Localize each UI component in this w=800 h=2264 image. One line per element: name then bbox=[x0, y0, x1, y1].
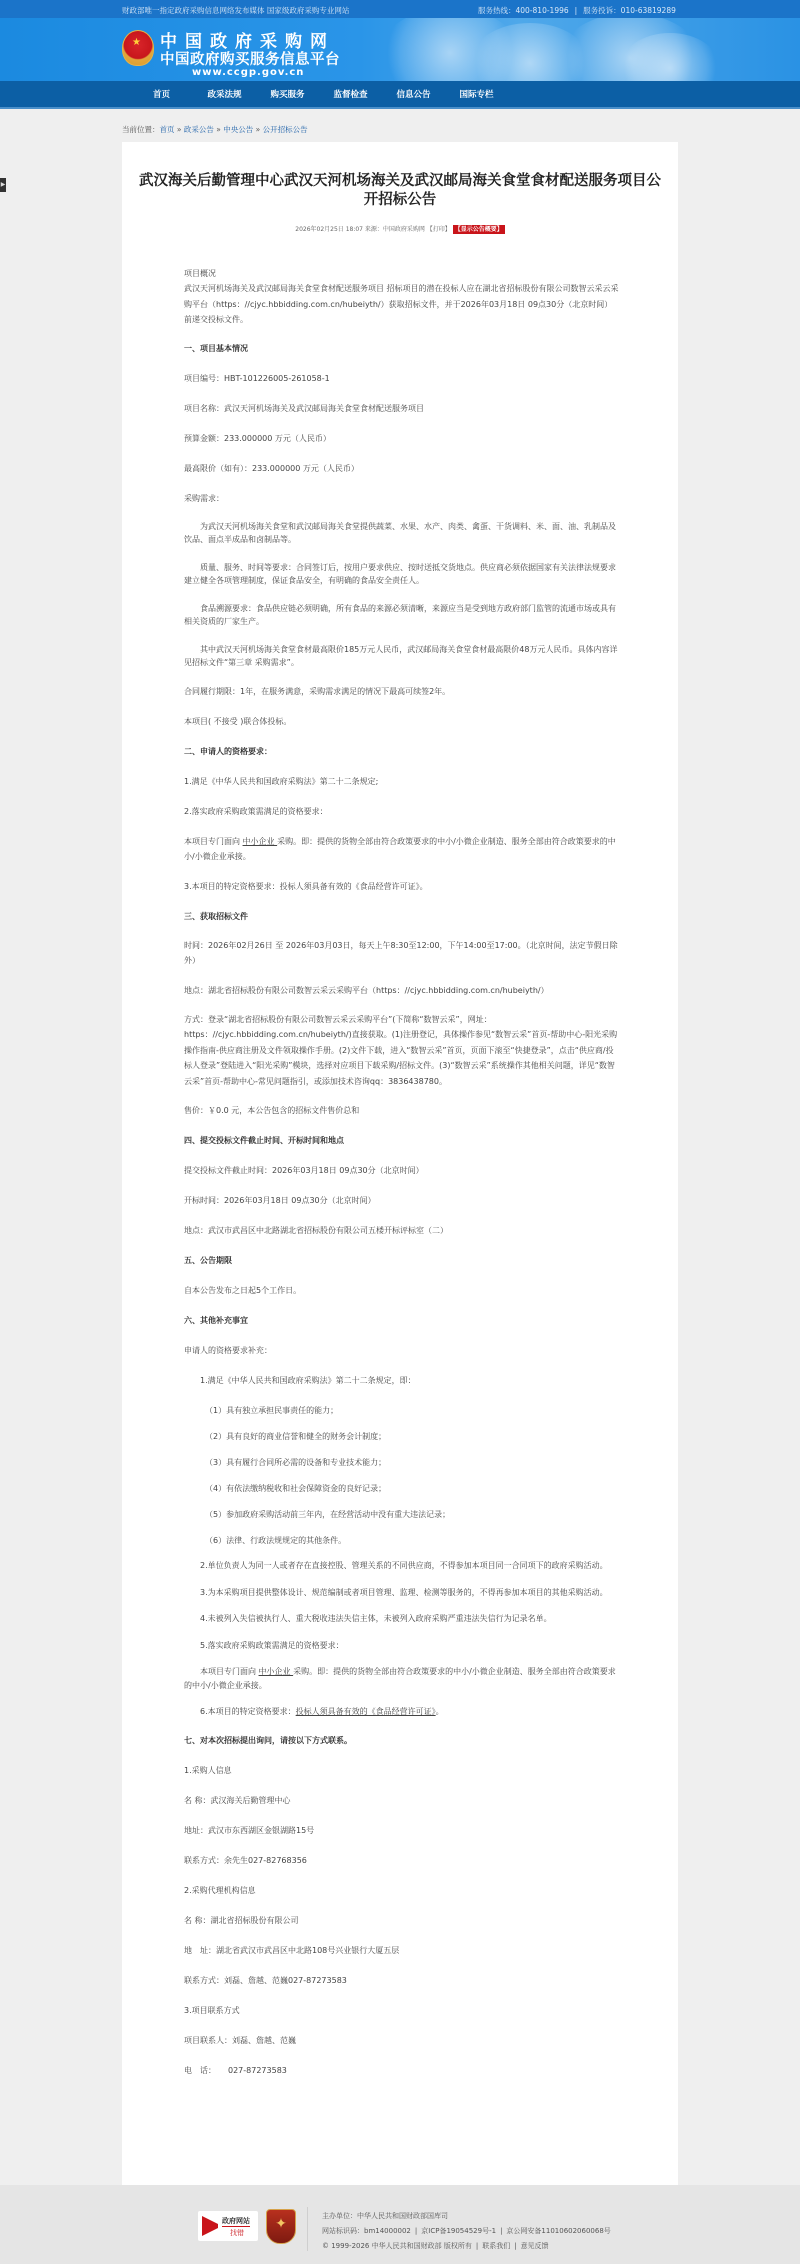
nav-regulations[interactable]: 政采法规 bbox=[193, 81, 256, 107]
service-complaint: 服务投诉：010-63819289 bbox=[583, 6, 676, 15]
sme-link[interactable]: 中小企业 bbox=[259, 1667, 294, 1676]
nav-supervision[interactable]: 监督检查 bbox=[319, 81, 382, 107]
icp-link[interactable]: 京ICP备19054529号-1 bbox=[421, 2227, 496, 2235]
footer-divider bbox=[307, 2207, 308, 2251]
section-heading: 五、公告期限 bbox=[184, 1253, 619, 1268]
nav-home[interactable]: 首页 bbox=[130, 81, 193, 107]
police-record-link[interactable]: 京公网安备11010602060068号 bbox=[506, 2227, 610, 2235]
top-bar: 财政部唯一指定政府采购信息网络发布媒体 国家级政府采购专业网站 服务热线：400… bbox=[0, 0, 800, 18]
article-panel: 武汉海关后勤管理中心武汉天河机场海关及武汉邮局海关食堂食材配送服务项目公开招标公… bbox=[122, 142, 678, 2185]
overview-text: 武汉天河机场海关及武汉邮局海关食堂食材配送服务项目 招标项目的潜在投标人应在湖北… bbox=[184, 281, 619, 328]
main-nav: 首页 政采法规 购买服务 监督检查 信息公告 国际专栏 bbox=[0, 81, 800, 109]
sme-link[interactable]: 中小企业 bbox=[243, 837, 278, 846]
breadcrumb: 当前位置：首页 » 政采公告 » 中央公告 » 公开招标公告 bbox=[122, 124, 308, 135]
breadcrumb-central[interactable]: 中央公告 bbox=[223, 125, 253, 134]
site-slogan: 财政部唯一指定政府采购信息网络发布媒体 国家级政府采购专业网站 bbox=[122, 5, 349, 16]
footer-info: 主办单位：中华人民共和国财政部国库司 网站标识码：bm14000002|京ICP… bbox=[322, 2209, 611, 2254]
side-expand-tab[interactable]: ▶ bbox=[0, 178, 6, 192]
hotline-info: 服务热线：400-810-1996|服务投诉：010-63819289 bbox=[478, 5, 676, 16]
party-gov-badge-icon[interactable]: ✦ bbox=[266, 2209, 296, 2244]
magnifier-icon bbox=[202, 2216, 218, 2236]
contact-us-link[interactable]: 联系我们 bbox=[482, 2242, 510, 2250]
nav-purchase-services[interactable]: 购买服务 bbox=[256, 81, 319, 107]
play-arrow-icon: ▶ bbox=[1, 181, 6, 188]
nav-international[interactable]: 国际专栏 bbox=[445, 81, 508, 107]
show-summary-button[interactable]: 【显示公告概要】 bbox=[453, 225, 505, 234]
page-title: 武汉海关后勤管理中心武汉天河机场海关及武汉邮局海关食堂食材配送服务项目公开招标公… bbox=[122, 172, 678, 210]
breadcrumb-announcements[interactable]: 政采公告 bbox=[184, 125, 214, 134]
national-emblem-icon: ★ bbox=[122, 30, 154, 66]
footer: 政府网站 找错 ✦ 主办单位：中华人民共和国财政部国库司 网站标识码：bm140… bbox=[0, 2185, 800, 2264]
overview-label: 项目概况 bbox=[184, 266, 619, 281]
section-heading: 六、其他补充事宜 bbox=[184, 1313, 619, 1328]
section-heading: 一、项目基本情况 bbox=[184, 341, 619, 356]
feedback-link[interactable]: 意见反馈 bbox=[521, 2242, 549, 2250]
article-meta: 2026年02月25日 18:07 来源：中国政府采购网 【打印】 【显示公告概… bbox=[122, 224, 678, 233]
gov-site-error-report-badge[interactable]: 政府网站 找错 bbox=[198, 2211, 258, 2241]
breadcrumb-home[interactable]: 首页 bbox=[160, 125, 175, 134]
section-heading: 四、提交投标文件截止时间、开标时间和地点 bbox=[184, 1133, 619, 1148]
section-heading: 三、获取招标文件 bbox=[184, 909, 619, 924]
section-heading: 二、申请人的资格要求： bbox=[184, 744, 619, 759]
nav-announcements[interactable]: 信息公告 bbox=[382, 81, 445, 107]
header-banner: ★ 中国政府采购网 中国政府购买服务信息平台 www.ccgp.gov.cn bbox=[0, 18, 800, 81]
food-license-link[interactable]: 投标人须具备有效的《食品经营许可证》 bbox=[296, 1707, 436, 1716]
article-content: 项目概况 武汉天河机场海关及武汉邮局海关食堂食材配送服务项目 招标项目的潜在投标… bbox=[184, 266, 619, 2078]
breadcrumb-open-tender[interactable]: 公开招标公告 bbox=[263, 125, 308, 134]
section-heading: 七、对本次招标提出询问，请按以下方式联系。 bbox=[184, 1733, 619, 1748]
service-hotline: 服务热线：400-810-1996 bbox=[478, 6, 569, 15]
